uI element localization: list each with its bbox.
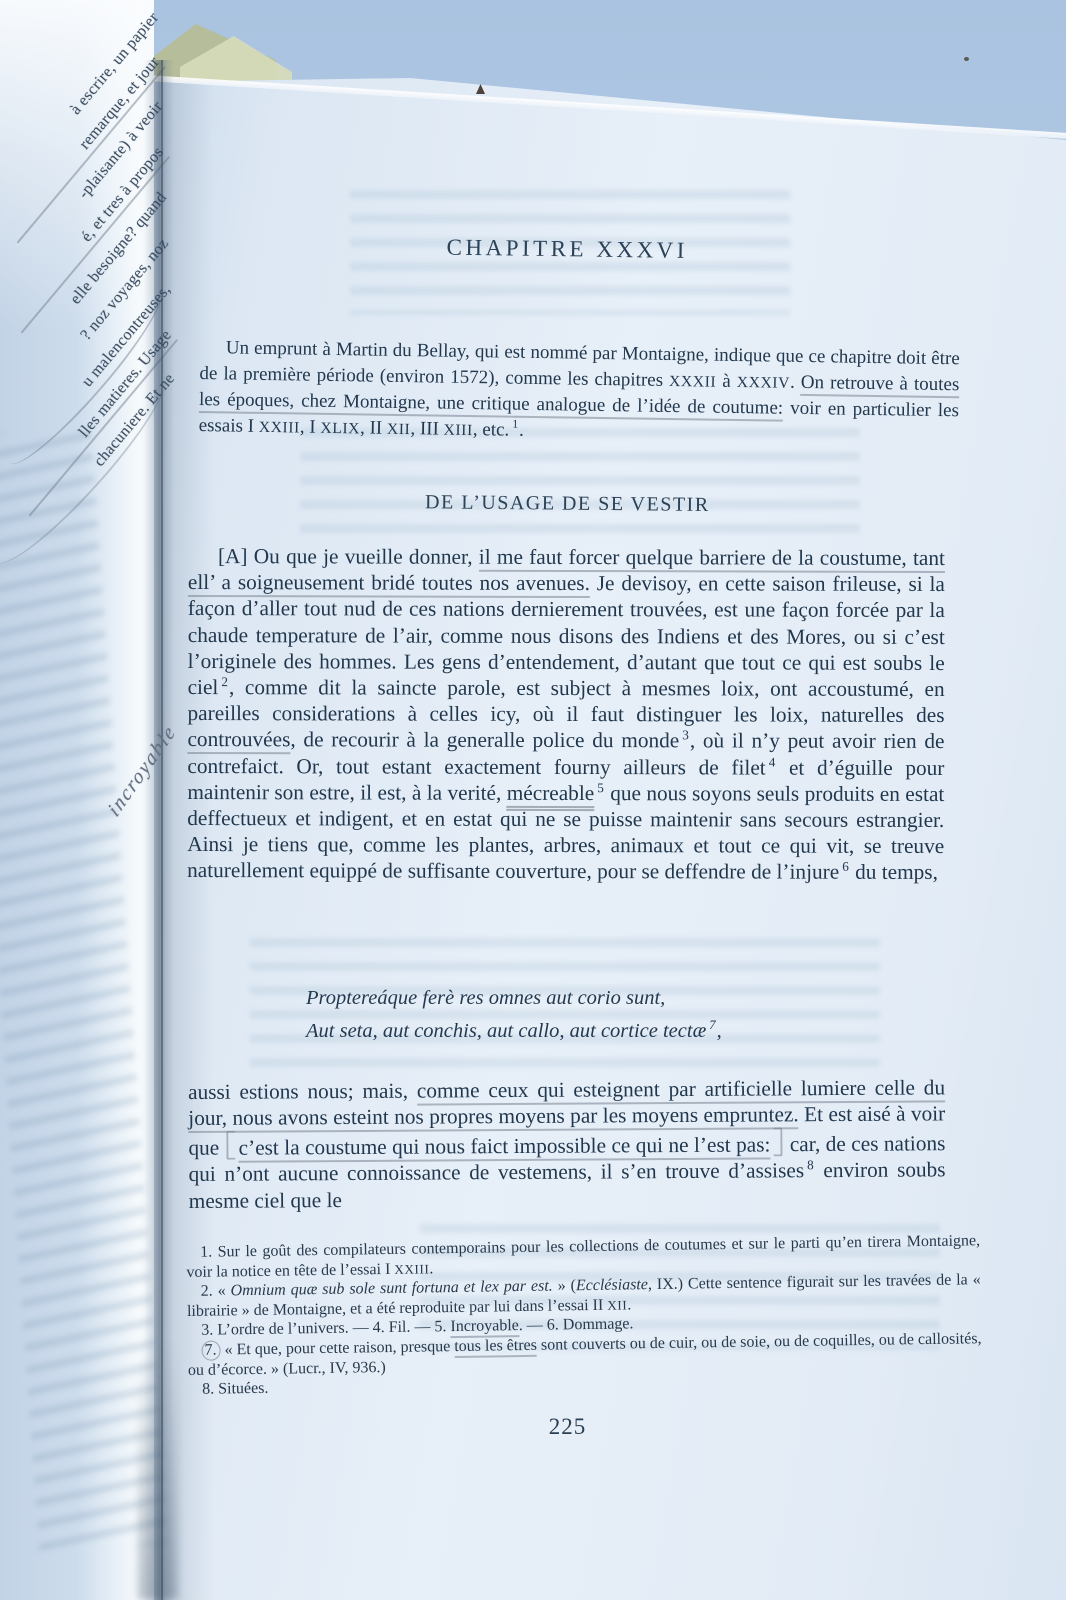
footnote-reference: 1 <box>512 418 518 431</box>
page-number: 225 <box>190 1414 945 1440</box>
footnote-reference: 6 <box>842 859 849 874</box>
pencil-underline: tous les êtres <box>454 1337 537 1358</box>
footnote-reference: 3 <box>682 728 689 743</box>
footnote-reference: 7 <box>709 1018 715 1032</box>
body-paragraph-1: [A] Ou que je vueille donner, il me faut… <box>187 543 945 886</box>
footnote-reference: 5 <box>597 780 604 795</box>
dust-speck <box>964 57 969 61</box>
pencil-underline: controuvées <box>187 727 290 754</box>
footnote-reference: 8 <box>807 1158 814 1173</box>
chapter-heading: CHAPITRE XXXVI <box>190 231 945 268</box>
pencil-circle: 7. <box>201 1340 220 1360</box>
body-paragraph-2: aussi estions nous; mais, comme ceux qui… <box>188 1074 946 1213</box>
book-photo: CHAPITRE XXXVI Un emprunt à Martin du Be… <box>0 0 1066 1600</box>
footnote-reference: 4 <box>769 754 776 769</box>
latin-quote-line: Proptereáque ferè res omnes aut corio su… <box>306 982 722 1015</box>
latin-quote: Proptereáque ferè res omnes aut corio su… <box>306 982 722 1048</box>
pencil-bracket <box>773 1128 782 1157</box>
book-gutter-shadow-bottom <box>138 1340 178 1600</box>
pencil-bracket <box>227 1131 236 1160</box>
footnote-reference: 2 <box>221 674 228 689</box>
latin-quote-line: Aut seta, aut conchis, aut callo, aut co… <box>306 1015 722 1048</box>
intro-note: Un emprunt à Martin du Bellay, qui est n… <box>198 335 959 451</box>
footnotes: 1. Sur le goût des compilateurs contempo… <box>186 1231 982 1400</box>
right-page: CHAPITRE XXXVI Un emprunt à Martin du Be… <box>150 0 1066 1600</box>
